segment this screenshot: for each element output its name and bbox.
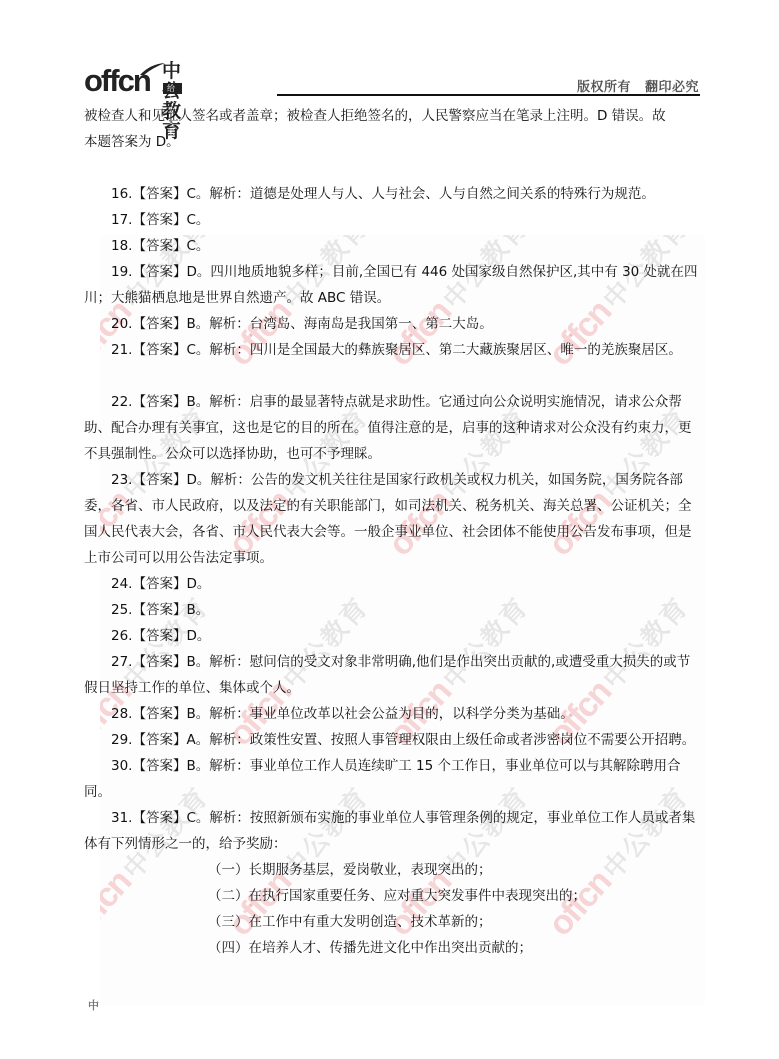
reward-item-4: （四）在培养人才、传播先进文化中作出突出贡献的； bbox=[84, 935, 700, 961]
answer-22: 22.【答案】B。解析：启事的最显著特点就是求助性。它通过向公众说明实施情况，请… bbox=[84, 389, 700, 467]
intro-line-1: 被检查人和见证人签名或者盖章；被检查人拒绝签名的，人民警察应当在笔录上注明。D … bbox=[84, 108, 666, 124]
answer-28: 28.【答案】B。解析：事业单位改革以社会公益为目的，以科学分类为基础。 bbox=[84, 701, 700, 727]
reward-list: （一）长期服务基层，爱岗敬业，表现突出的； （二）在执行国家重要任务、应对重大突… bbox=[84, 857, 700, 961]
logo-slogan: 给人改变未来的力量 bbox=[163, 83, 182, 94]
answer-29: 29.【答案】A。解析：政策性安置、按照人事管理权限由上级任命或者涉密岗位不需要… bbox=[84, 727, 700, 753]
reward-item-1: （一）长期服务基层，爱岗敬业，表现突出的； bbox=[84, 857, 700, 883]
answer-18: 18.【答案】C。 bbox=[84, 233, 700, 259]
answer-30: 30.【答案】B。解析：事业单位工作人员连续旷工 15 个工作日，事业单位可以与… bbox=[84, 753, 700, 805]
page-header: offcn 中公教育 给人改变未来的力量 版权所有翻印必究 bbox=[84, 60, 699, 96]
intro-paragraph: 被检查人和见证人签名或者盖章；被检查人拒绝签名的，人民警察应当在笔录上注明。D … bbox=[84, 103, 700, 155]
answer-19: 19.【答案】D。四川地质地貌多样；目前,全国已有 446 处国家级自然保护区,… bbox=[84, 259, 700, 311]
reward-item-2: （二）在执行国家重要任务、应对重大突发事件中表现突出的； bbox=[84, 883, 700, 909]
answer-26: 26.【答案】D。 bbox=[84, 623, 700, 649]
spacer bbox=[84, 363, 700, 389]
footer-mark: 中 bbox=[88, 997, 99, 1013]
spacer bbox=[84, 155, 700, 181]
answer-31: 31.【答案】C。解析：按照新颁布实施的事业单位人事管理条例的规定，事业单位工作… bbox=[84, 805, 700, 857]
answer-27: 27.【答案】B。解析：慰问信的受文对象非常明确,他们是作出突出贡献的,或遭受重… bbox=[84, 649, 700, 701]
answer-21: 21.【答案】C。解析：四川是全国最大的彝族聚居区、第二大藏族聚居区、唯一的羌族… bbox=[84, 337, 700, 363]
no-reprint-text: 翻印必究 bbox=[645, 80, 699, 95]
copyright-notice: 版权所有翻印必究 bbox=[577, 76, 699, 95]
answer-20: 20.【答案】B。解析：台湾岛、海南岛是我国第一、第二大岛。 bbox=[84, 311, 700, 337]
rights-reserved-text: 版权所有 bbox=[577, 80, 631, 95]
intro-line-2: 本题答案为 D。 bbox=[84, 134, 180, 150]
answer-25: 25.【答案】B。 bbox=[84, 597, 700, 623]
answer-16: 16.【答案】C。解析：道德是处理人与人、人与社会、人与自然之间关系的特殊行为规… bbox=[84, 181, 700, 207]
answer-24: 24.【答案】D。 bbox=[84, 571, 700, 597]
answer-23: 23.【答案】D。解析：公告的发文机关往往是国家行政机关或权力机关，如国务院，国… bbox=[84, 467, 700, 571]
reward-item-3: （三）在工作中有重大发明创造、技术革新的； bbox=[84, 909, 700, 935]
answer-key-body: 被检查人和见证人签名或者盖章；被检查人拒绝签名的，人民警察应当在笔录上注明。D … bbox=[84, 103, 700, 961]
answer-17: 17.【答案】C。 bbox=[84, 207, 700, 233]
